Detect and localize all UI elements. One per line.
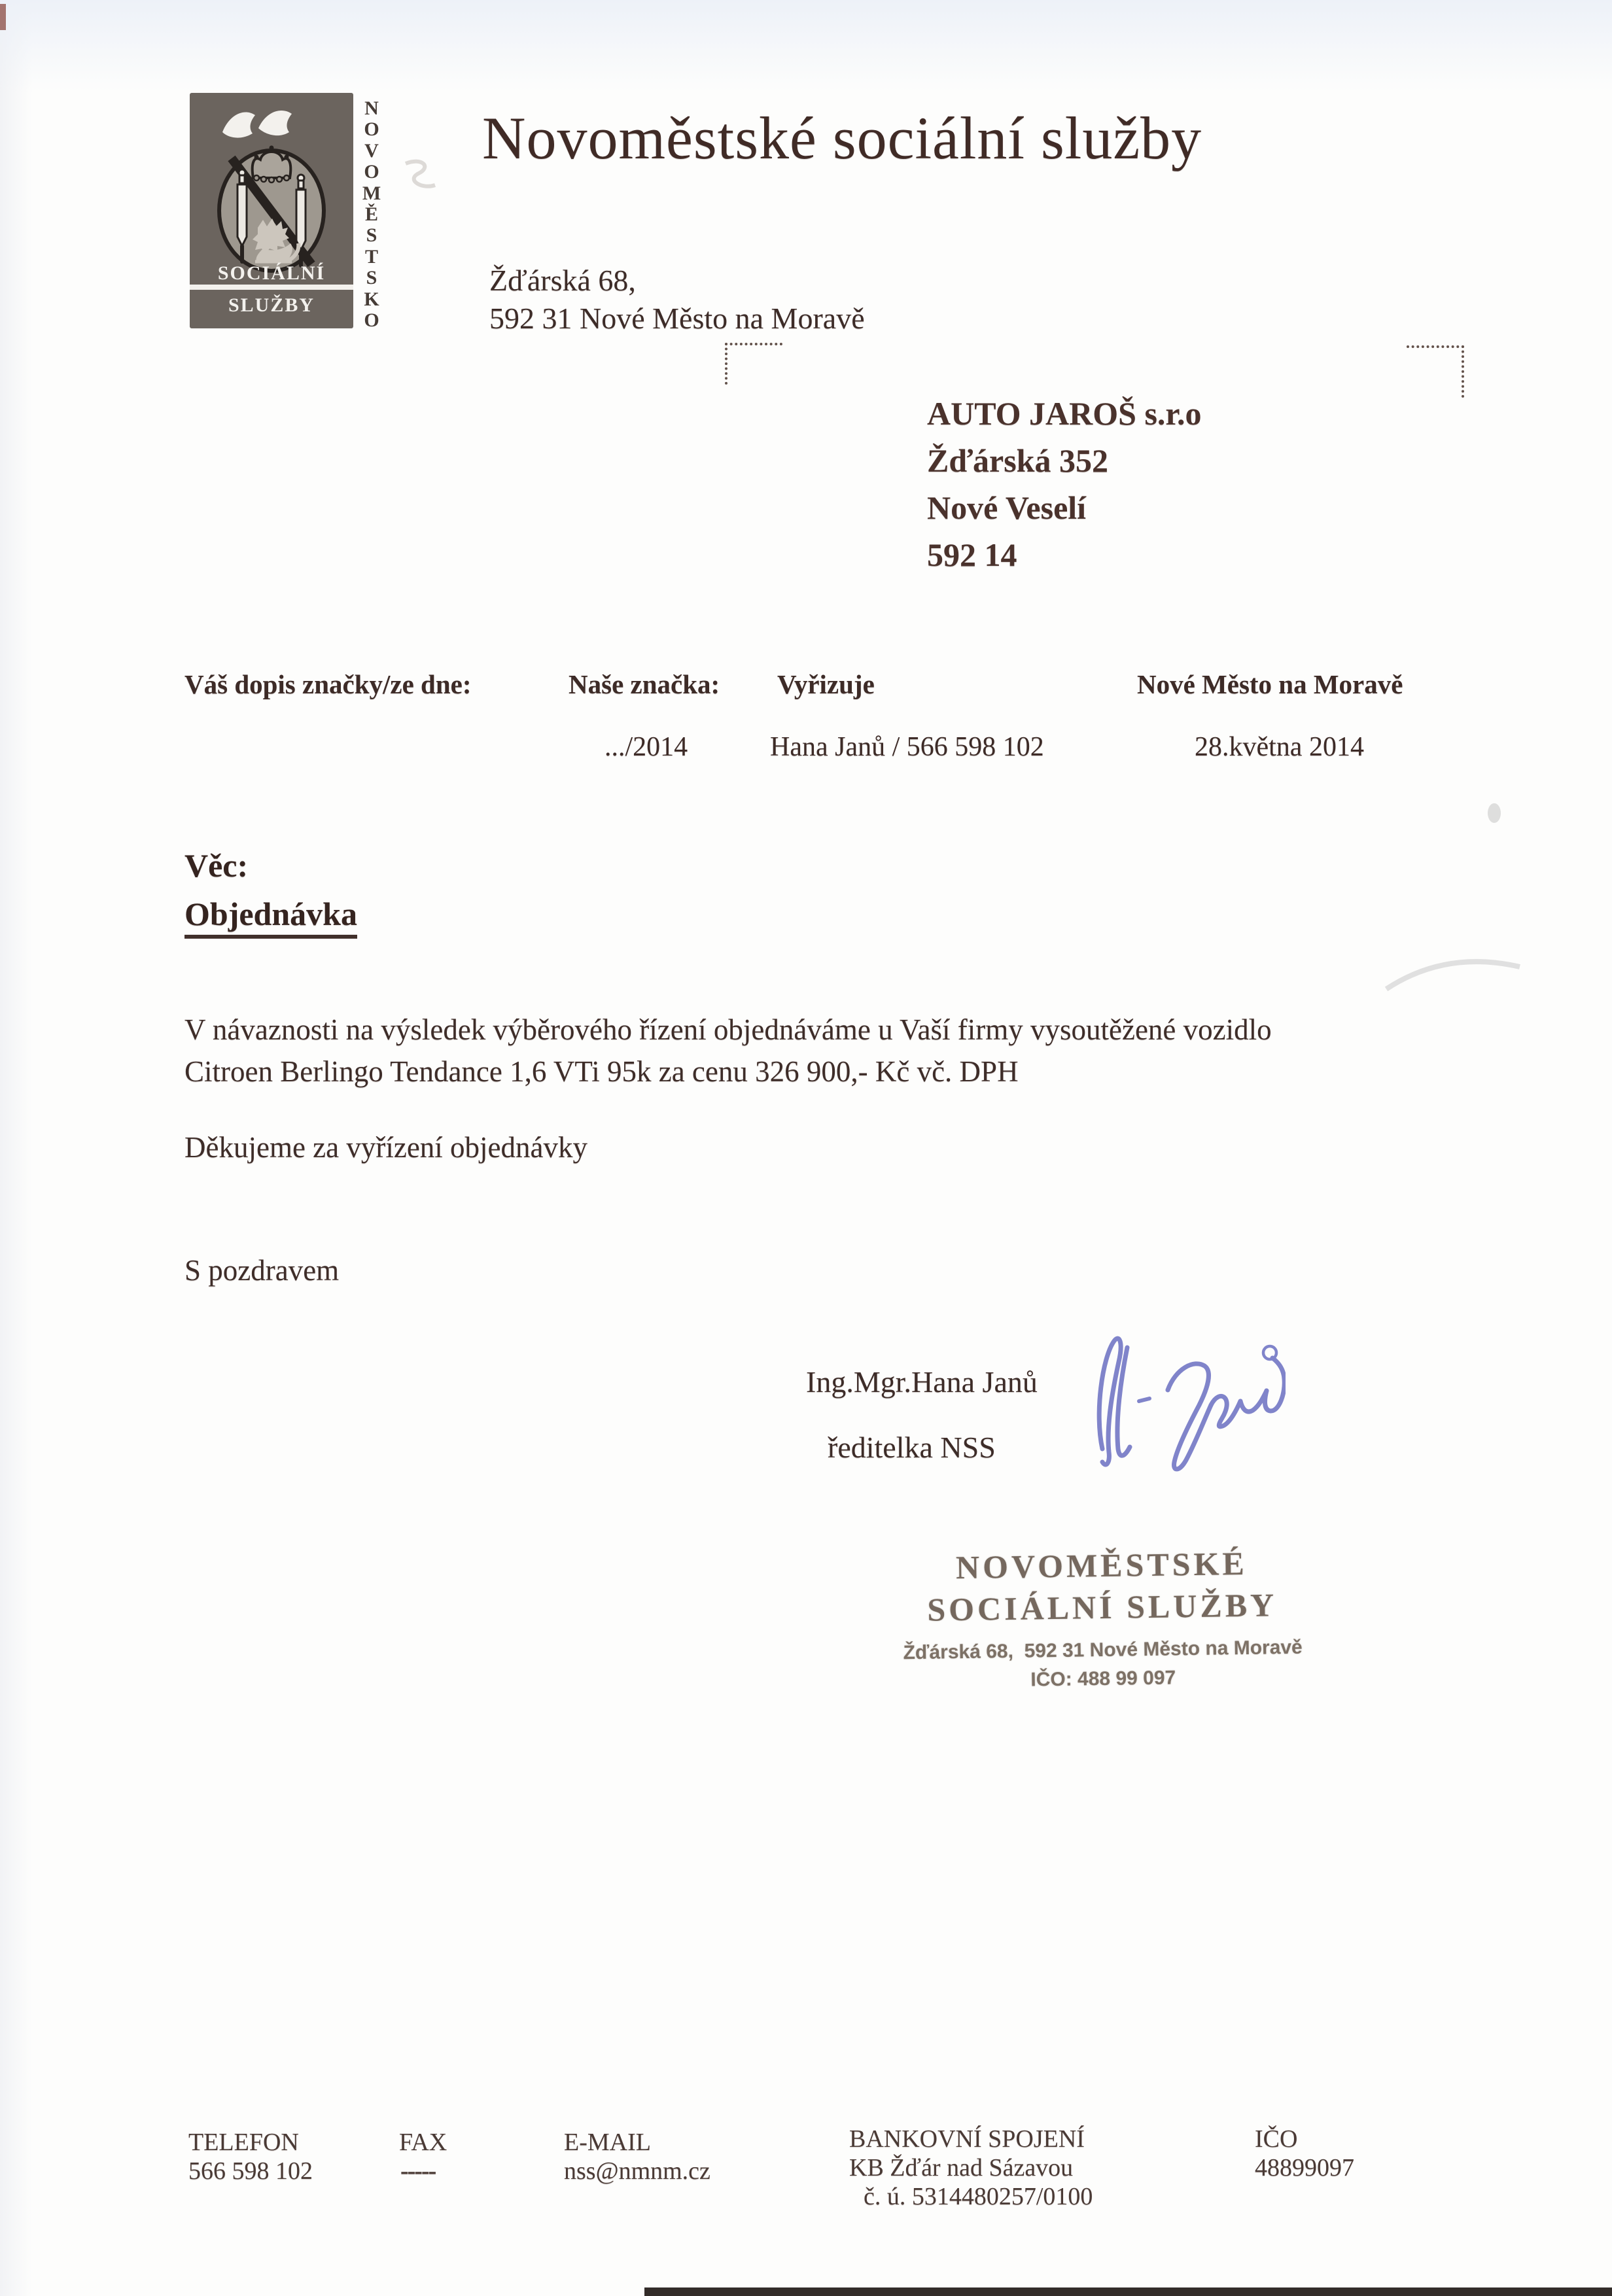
- vertical-letter: S: [357, 268, 386, 288]
- stamp-line-2: SOCIÁLNÍ SLUŽBY: [869, 1585, 1335, 1629]
- ref-header-our-ref: Naše značka:: [569, 669, 720, 700]
- footer-telefon-label: TELEFON: [188, 2128, 299, 2157]
- address-window-mark-left: [725, 343, 782, 385]
- signatory-role: ředitelka NSS: [828, 1430, 996, 1465]
- footer-bank-value-2: č. ú. 5314480257/0100: [864, 2182, 1093, 2211]
- footer-ico-label: IČO: [1255, 2125, 1297, 2153]
- footer-email-label: E-MAIL: [564, 2128, 651, 2157]
- vertical-letter: N: [357, 98, 386, 119]
- signature-icon: [1076, 1328, 1286, 1472]
- ref-value-handled-by: Hana Janů / 566 598 102: [770, 731, 1044, 763]
- org-title: Novoměstské sociální služby: [482, 103, 1202, 173]
- stamp-line-1: NOVOMĚSTSKÉ: [869, 1543, 1334, 1588]
- body-line-1: V návaznosti na výsledek výběrového říze…: [184, 1013, 1272, 1047]
- ref-header-handled-by: Vyřizuje: [777, 669, 875, 700]
- scan-corner-artifact: [0, 4, 6, 30]
- scan-smudge-artifact: [393, 154, 451, 206]
- footer-telefon-value: 566 598 102: [188, 2157, 313, 2185]
- recipient-line: Nové Veselí: [927, 484, 1202, 531]
- ref-value-our-ref: .../2014: [604, 731, 688, 763]
- logo-label-socialni: SOCIÁLNÍ: [218, 262, 325, 284]
- vertical-letter: O: [357, 119, 386, 140]
- handwritten-signature: [1076, 1328, 1286, 1475]
- recipient-line: Žďárská 352: [927, 437, 1202, 484]
- org-coat-of-arms-logo: SOCIÁLNÍ SLUŽBY: [190, 93, 353, 332]
- footer-bank-value-1: KB Žďár nad Sázavou: [849, 2153, 1073, 2182]
- footer-fax-label: FAX: [399, 2128, 447, 2157]
- stamp-line-4: IČO: 488 99 097: [871, 1665, 1335, 1694]
- body-thanks-line: Děkujeme za vyřízení objednávky: [184, 1130, 587, 1164]
- footer-email-value: nss@nmnm.cz: [564, 2157, 710, 2185]
- vertical-letter: K: [357, 289, 386, 310]
- recipient-address-block: AUTO JAROŠ s.r.o Žďárská 352 Nové Veselí…: [927, 390, 1202, 578]
- scan-dot-artifact: [1488, 803, 1501, 823]
- body-line-2: Citroen Berlingo Tendance 1,6 VTi 95k za…: [184, 1054, 1019, 1088]
- vertical-letter: V: [357, 141, 386, 162]
- vertical-letter: M: [357, 183, 386, 204]
- ref-header-your-ref: Váš dopis značky/ze dne:: [184, 669, 472, 700]
- address-window-mark-right: [1407, 345, 1464, 398]
- recipient-line: AUTO JAROŠ s.r.o: [927, 390, 1202, 437]
- recipient-line: 592 14: [927, 531, 1202, 578]
- footer-fax-value: -----: [400, 2157, 435, 2185]
- sender-address-line2: 592 31 Nové Město na Moravě: [489, 301, 865, 336]
- stamp-line-3: Žďárská 68, 592 31 Nové Město na Moravě: [870, 1636, 1335, 1665]
- scan-edge-bar: [644, 2287, 1612, 2296]
- footer-ico-value: 48899097: [1255, 2153, 1354, 2182]
- ref-header-place: Nové Město na Moravě: [1137, 669, 1403, 700]
- vertical-letter: S: [357, 225, 386, 246]
- vertical-letter: O: [357, 310, 386, 331]
- letter-page: SOCIÁLNÍ SLUŽBY N O V O M Ě S T S K O No…: [0, 0, 1612, 2296]
- vertical-letter: O: [357, 162, 386, 183]
- coat-of-arms-icon: SOCIÁLNÍ SLUŽBY: [190, 93, 353, 328]
- signatory-name: Ing.Mgr.Hana Janů: [806, 1365, 1038, 1399]
- logo-vertical-text: N O V O M Ě S T S K O: [357, 98, 386, 331]
- subject-label: Věc:: [184, 846, 248, 884]
- subject-value-wrap: Objednávka: [184, 895, 357, 933]
- vertical-letter: T: [357, 247, 386, 268]
- sender-address-line1: Žďárská 68,: [489, 263, 636, 298]
- ref-value-date: 28.května 2014: [1195, 731, 1364, 763]
- footer-bank-label: BANKOVNÍ SPOJENÍ: [849, 2125, 1085, 2153]
- org-rubber-stamp: NOVOMĚSTSKÉ SOCIÁLNÍ SLUŽBY Žďárská 68, …: [869, 1543, 1335, 1694]
- vertical-letter: Ě: [357, 204, 386, 225]
- closing-line: S pozdravem: [184, 1253, 339, 1287]
- subject-value: Objednávka: [184, 896, 357, 939]
- logo-label-sluzby: SLUŽBY: [228, 294, 315, 316]
- scan-wave-artifact: [1374, 942, 1531, 1007]
